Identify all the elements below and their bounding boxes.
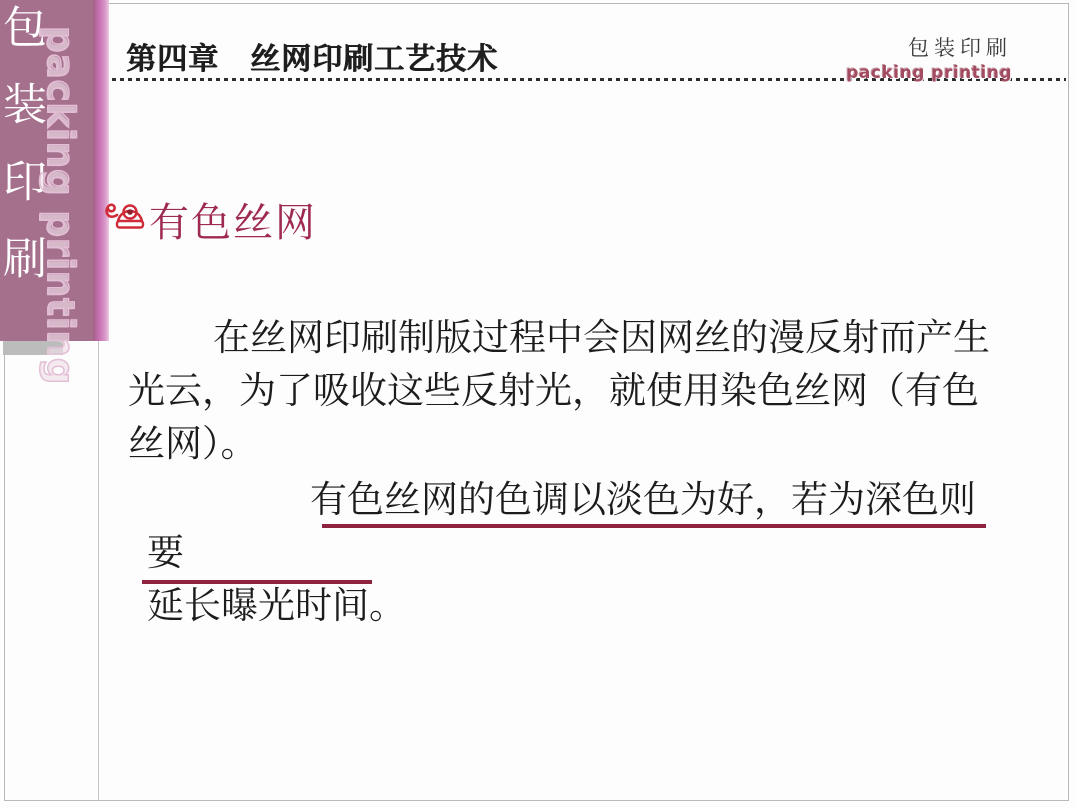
brand-name-en: packing printing [846, 63, 1012, 83]
body-paragraph-2: 有色丝网的色调以淡色为好，若为深色则要 延长曝光时间。 [147, 474, 1007, 633]
emphasis-underline-1 [322, 524, 986, 528]
emphasis-underline-2 [142, 580, 372, 584]
body-paragraph-1: 在丝网印刷制版过程中会因网丝的漫反射而产生 光云，为了吸收这些反射光，就使用染色… [128, 312, 1008, 471]
section-heading: 有色丝网 [149, 191, 317, 248]
sidebar-vertical-title-en: packing printing [39, 26, 82, 385]
presentation-slide: 包装印刷 packing printing 第四章 丝网印刷工艺技术 包装印刷 … [0, 0, 1076, 807]
page-title: 第四章 丝网印刷工艺技术 [126, 34, 498, 78]
sidebar-accent-strip [93, 0, 109, 341]
spiral-telephone-icon [103, 192, 145, 232]
brand-name-cn: 包装印刷 [846, 32, 1012, 62]
brand-block: 包装印刷 packing printing [846, 32, 1012, 83]
